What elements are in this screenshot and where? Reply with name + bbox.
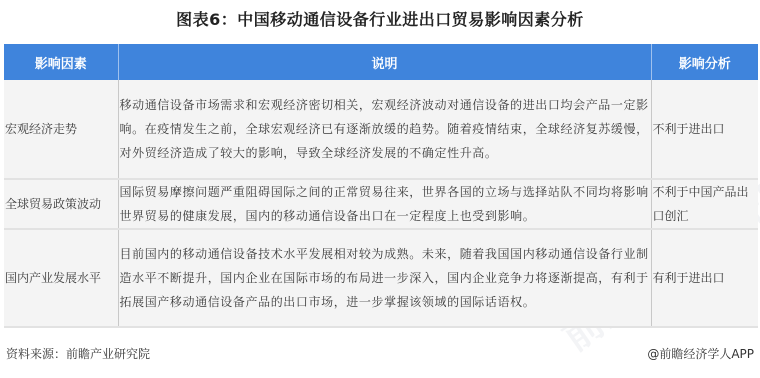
source-note: 资料来源：前瞻产业研究院 [6,345,150,362]
cell-factor: 国内产业发展水平 [4,229,118,327]
column-header-impact: 影响分析 [651,44,758,80]
column-header-factor: 影响因素 [4,44,118,80]
table-row: 宏观经济走势 移动通信设备市场需求和宏观经济密切相关，宏观经济波动对通信设备的进… [4,80,758,179]
cell-description: 国际贸易摩擦问题严重阻碍国际之间的正常贸易往来，世界各国的立场与选择站队不同均将… [118,179,651,229]
cell-factor: 宏观经济走势 [4,80,118,179]
cell-impact: 不利于进出口 [651,80,758,179]
table-header-row: 影响因素 说明 影响分析 [4,44,758,80]
table-row: 国内产业发展水平 目前国内的移动通信设备技术水平发展相对较为成熟。未来，随着我国… [4,229,758,327]
factors-table: 影响因素 说明 影响分析 宏观经济走势 移动通信设备市场需求和宏观经济密切相关，… [4,44,758,328]
table-row: 全球贸易政策波动 国际贸易摩擦问题严重阻碍国际之间的正常贸易往来，世界各国的立场… [4,179,758,229]
cell-description: 移动通信设备市场需求和宏观经济密切相关，宏观经济波动对通信设备的进出口均会产品一… [118,80,651,179]
column-header-description: 说明 [118,44,651,80]
cell-factor: 全球贸易政策波动 [4,179,118,229]
page-title: 图表6：中国移动通信设备行业进出口贸易影响因素分析 [0,9,760,31]
cell-description: 目前国内的移动通信设备技术水平发展相对较为成熟。未来，随着我国国内移动通信设备行… [118,229,651,327]
credit-note: @前瞻经济学人APP [647,345,754,362]
cell-impact: 不利于中国产品出口创汇 [651,179,758,229]
cell-impact: 有利于进出口 [651,229,758,327]
